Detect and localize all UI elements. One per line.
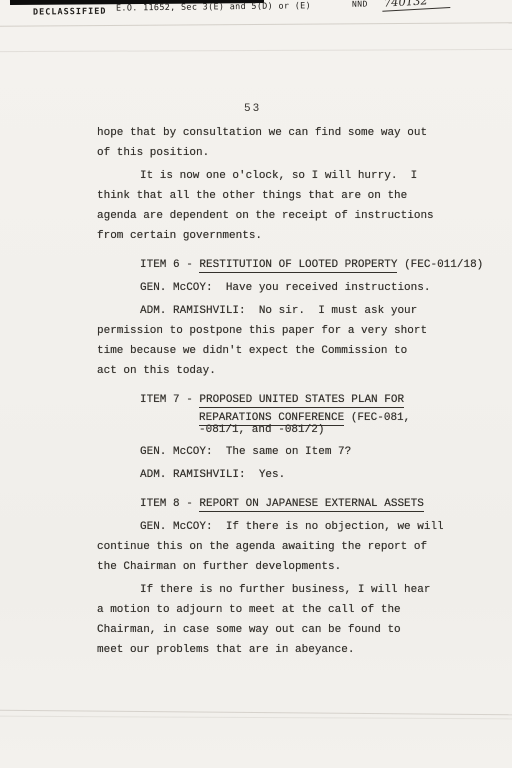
text-segment: permission to postpone this paper for a … [97,325,427,337]
text-segment: It is now one o'clock, so I will hurry. … [140,170,417,182]
paper-edge-bottom [0,710,512,716]
text-segment: Chairman, in case some way out can be fo… [97,624,401,636]
text-segment: ITEM 7 - [140,394,199,406]
paper-edge-bottom-shadow [0,716,512,720]
underlined-text: REPORT ON JAPANESE EXTERNAL ASSETS [199,498,423,512]
text-segment: ITEM 6 - [140,259,199,271]
text-segment: -081/1, and -081/2) [199,424,324,436]
nnd-number-handwritten: 740132 [382,0,451,12]
declassified-label: DECLASSIFIED [33,7,107,18]
text-segment: GEN. McCOY: Have you received instructio… [140,282,430,294]
typed-text-body: hope that by consultation we can find so… [97,123,477,660]
nnd-label: NND [352,0,368,9]
text-segment: agenda are dependent on the receipt of i… [97,210,434,222]
underlined-text: RESTITUTION OF LOOTED PROPERTY [199,259,397,273]
text-segment: a motion to adjourn to meet at the call … [97,604,401,616]
text-segment: think that all the other things that are… [97,190,407,202]
text-segment: act on this today. [97,365,216,377]
typed-line: act on this today. [97,361,477,381]
item-heading-line: -081/1, and -081/2) [97,424,477,436]
typed-line: time because we didn't expect the Commis… [97,341,477,361]
text-segment: continue this on the agenda awaiting the… [97,541,427,553]
item-heading-line: ITEM 8 - REPORT ON JAPANESE EXTERNAL ASS… [97,494,477,514]
typed-line: meet our problems that are in abeyance. [97,640,477,660]
page-number: 53 [244,103,261,115]
text-segment: If there is no further business, I will … [140,584,430,596]
underlined-text: PROPOSED UNITED STATES PLAN FOR [199,394,404,408]
declassification-stamp: DECLASSIFIED E.O. 11652, Sec 3(E) and 5(… [0,0,512,24]
typed-line: GEN. McCOY: If there is no objection, we… [97,517,477,537]
typed-line: ADM. RAMISHVILI: No sir. I must ask your [97,301,477,321]
text-segment: hope that by consultation we can find so… [97,127,427,139]
paper-crease-mid [0,49,512,52]
text-segment: meet our problems that are in abeyance. [97,644,354,656]
typed-line: hope that by consultation we can find so… [97,123,477,143]
text-segment: the Chairman on further developments. [97,561,341,573]
typed-line: the Chairman on further developments. [97,557,477,577]
typed-line: think that all the other things that are… [97,186,477,206]
item-heading-line: ITEM 6 - RESTITUTION OF LOOTED PROPERTY … [97,255,477,275]
typed-line: GEN. McCOY: Have you received instructio… [97,278,477,298]
text-segment: time because we didn't expect the Commis… [97,345,407,357]
text-segment: GEN. McCOY: If there is no objection, we… [140,521,444,533]
item-heading-line: ITEM 7 - PROPOSED UNITED STATES PLAN FOR [97,390,477,410]
item-heading-line: REPARATIONS CONFERENCE (FEC-081, [97,412,477,424]
text-segment: ADM. RAMISHVILI: No sir. I must ask your [140,305,417,317]
typed-line: GEN. McCOY: The same on Item 7? [97,442,477,462]
typed-line: from certain governments. [97,226,477,246]
eo-citation: E.O. 11652, Sec 3(E) and 5(D) or (E) [116,1,311,13]
typed-line: Chairman, in case some way out can be fo… [97,620,477,640]
typed-line: permission to postpone this paper for a … [97,321,477,341]
typed-line: agenda are dependent on the receipt of i… [97,206,477,226]
text-segment: ITEM 8 - [140,498,199,510]
typed-line: It is now one o'clock, so I will hurry. … [97,166,477,186]
text-segment: (FEC-081, [344,412,410,424]
typed-line: a motion to adjourn to meet at the call … [97,600,477,620]
typed-line: ADM. RAMISHVILI: Yes. [97,465,477,485]
typed-line: of this position. [97,143,477,163]
text-segment: ADM. RAMISHVILI: Yes. [140,469,285,481]
typed-line: If there is no further business, I will … [97,580,477,600]
document-page: DECLASSIFIED E.O. 11652, Sec 3(E) and 5(… [0,0,512,768]
text-segment: of this position. [97,147,209,159]
typed-line: continue this on the agenda awaiting the… [97,537,477,557]
text-segment: (FEC-011/18) [397,259,483,271]
text-segment: from certain governments. [97,230,262,242]
text-segment: GEN. McCOY: The same on Item 7? [140,446,351,458]
